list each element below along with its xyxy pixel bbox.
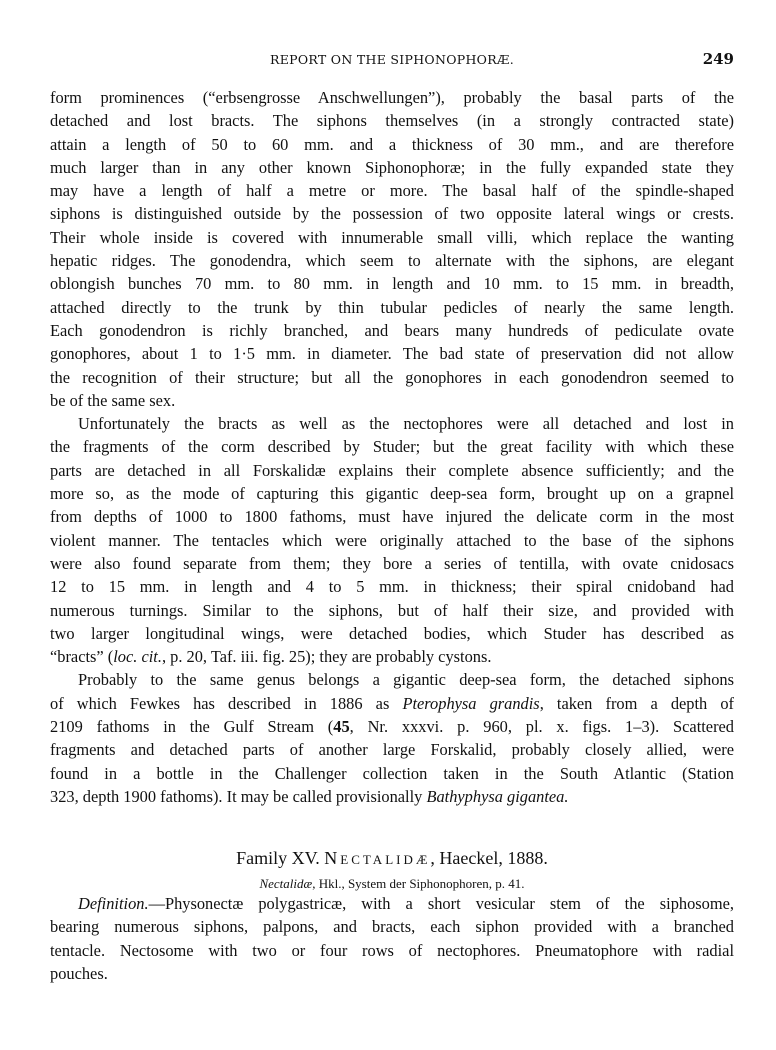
text-line: pouches. [50,962,734,985]
text-line: form prominences (“erbsengrosse Anschwel… [50,86,734,109]
text-line: numerous turnings. Similar to the siphon… [50,599,734,622]
definition-text: Definition.—Physonectæ polygastricæ, wit… [50,892,734,985]
text-line: Each gonodendron is richly branched, and… [50,319,734,342]
text-line: two larger longitudinal wings, were deta… [50,622,734,645]
definition-label: Definition. [78,894,149,913]
text-line: siphons is distinguished outside by the … [50,202,734,225]
text-line: found in a bottle in the Challenger coll… [50,762,734,785]
family-ref-text: , Hkl., System der Siphonophoren, p. 41. [312,876,524,891]
family-prefix: Family XV. [236,848,324,868]
text-span: 323, depth 1900 fathoms). It may be call… [50,787,426,806]
text-line: 323, depth 1900 fathoms). It may be call… [50,785,734,808]
paragraph-1: form prominences (“erbsengrosse Anschwel… [50,86,734,412]
paragraph-3: Probably to the same genus belongs a gig… [50,668,734,808]
text-line: “bracts” (loc. cit., p. 20, Taf. iii. fi… [50,645,734,668]
text-line: were also found separate from them; they… [50,552,734,575]
family-suffix: , Haeckel, 1888. [430,848,547,868]
text-line: Probably to the same genus belongs a gig… [50,668,734,691]
text-line: from depths of 1000 to 1800 fathoms, mus… [50,505,734,528]
species-name: Bathyphysa gigantea. [426,787,568,806]
text-line: tentacle. Nectosome with two or four row… [50,939,734,962]
text-span: —Physonectæ polygastricæ, with a short v… [149,894,734,913]
text-line: hepatic ridges. The gonodendra, which se… [50,249,734,272]
text-line: 12 to 15 mm. in length and 4 to 5 mm. in… [50,575,734,598]
text-line: of which Fewkes has described in 1886 as… [50,692,734,715]
text-line: the fragments of the corm described by S… [50,435,734,458]
text-line: violent manner. The tentacles which were… [50,529,734,552]
text-line: 2109 fathoms in the Gulf Stream (45, Nr.… [50,715,734,738]
text-line: be of the same sex. [50,389,734,412]
text-line: parts are detached in all Forskalidæ exp… [50,459,734,482]
text-span: , p. 20, Taf. iii. fig. 25); they are pr… [162,647,492,666]
citation-italic: loc. cit. [113,647,162,666]
family-heading: Family XV. Nectalidæ, Haeckel, 1888. [50,848,734,869]
text-line: attain a length of 50 to 60 mm. and a th… [50,133,734,156]
text-line: attached directly to the trunk by thin t… [50,296,734,319]
running-header: REPORT ON THE SIPHONOPHORÆ. 249 [50,50,734,70]
family-reference: Nectalidæ, Hkl., System der Siphonophore… [50,876,734,892]
paragraph-2: Unfortunately the bracts as well as the … [50,412,734,668]
text-line: Their whole inside is covered with innum… [50,226,734,249]
text-span: “bracts” ( [50,647,113,666]
page-number: 249 [703,50,734,68]
definition-paragraph: Definition.—Physonectæ polygastricæ, wit… [50,892,734,985]
text-span: of which Fewkes has described in 1886 as [50,694,402,713]
text-line: Unfortunately the bracts as well as the … [50,412,734,435]
family-ref-italic: Nectalidæ [259,876,312,891]
text-span: , Nr. xxxvi. p. 960, pl. x. figs. 1–3). … [350,717,734,736]
text-line: Definition.—Physonectæ polygastricæ, wit… [50,892,734,915]
text-line: much larger than in any other known Siph… [50,156,734,179]
text-line: the recognition of their structure; but … [50,366,734,389]
text-line: oblongish bunches 70 mm. to 80 mm. in le… [50,272,734,295]
text-line: may have a length of half a metre or mor… [50,179,734,202]
body-text: form prominences (“erbsengrosse Anschwel… [50,86,734,808]
species-name: Pterophysa grandis [402,694,539,713]
text-line: more so, as the mode of capturing this g… [50,482,734,505]
family-name: Nectalidæ [324,848,430,868]
text-span: , taken from a depth of [540,694,734,713]
text-line: fragments and detached parts of another … [50,738,734,761]
reference-number: 45 [333,717,349,736]
text-line: detached and lost bracts. The siphons th… [50,109,734,132]
text-span: 2109 fathoms in the Gulf Stream ( [50,717,333,736]
text-line: bearing numerous siphons, palpons, and b… [50,915,734,938]
running-title: REPORT ON THE SIPHONOPHORÆ. [50,52,734,67]
text-line: gonophores, about 1 to 1·5 mm. in diamet… [50,342,734,365]
